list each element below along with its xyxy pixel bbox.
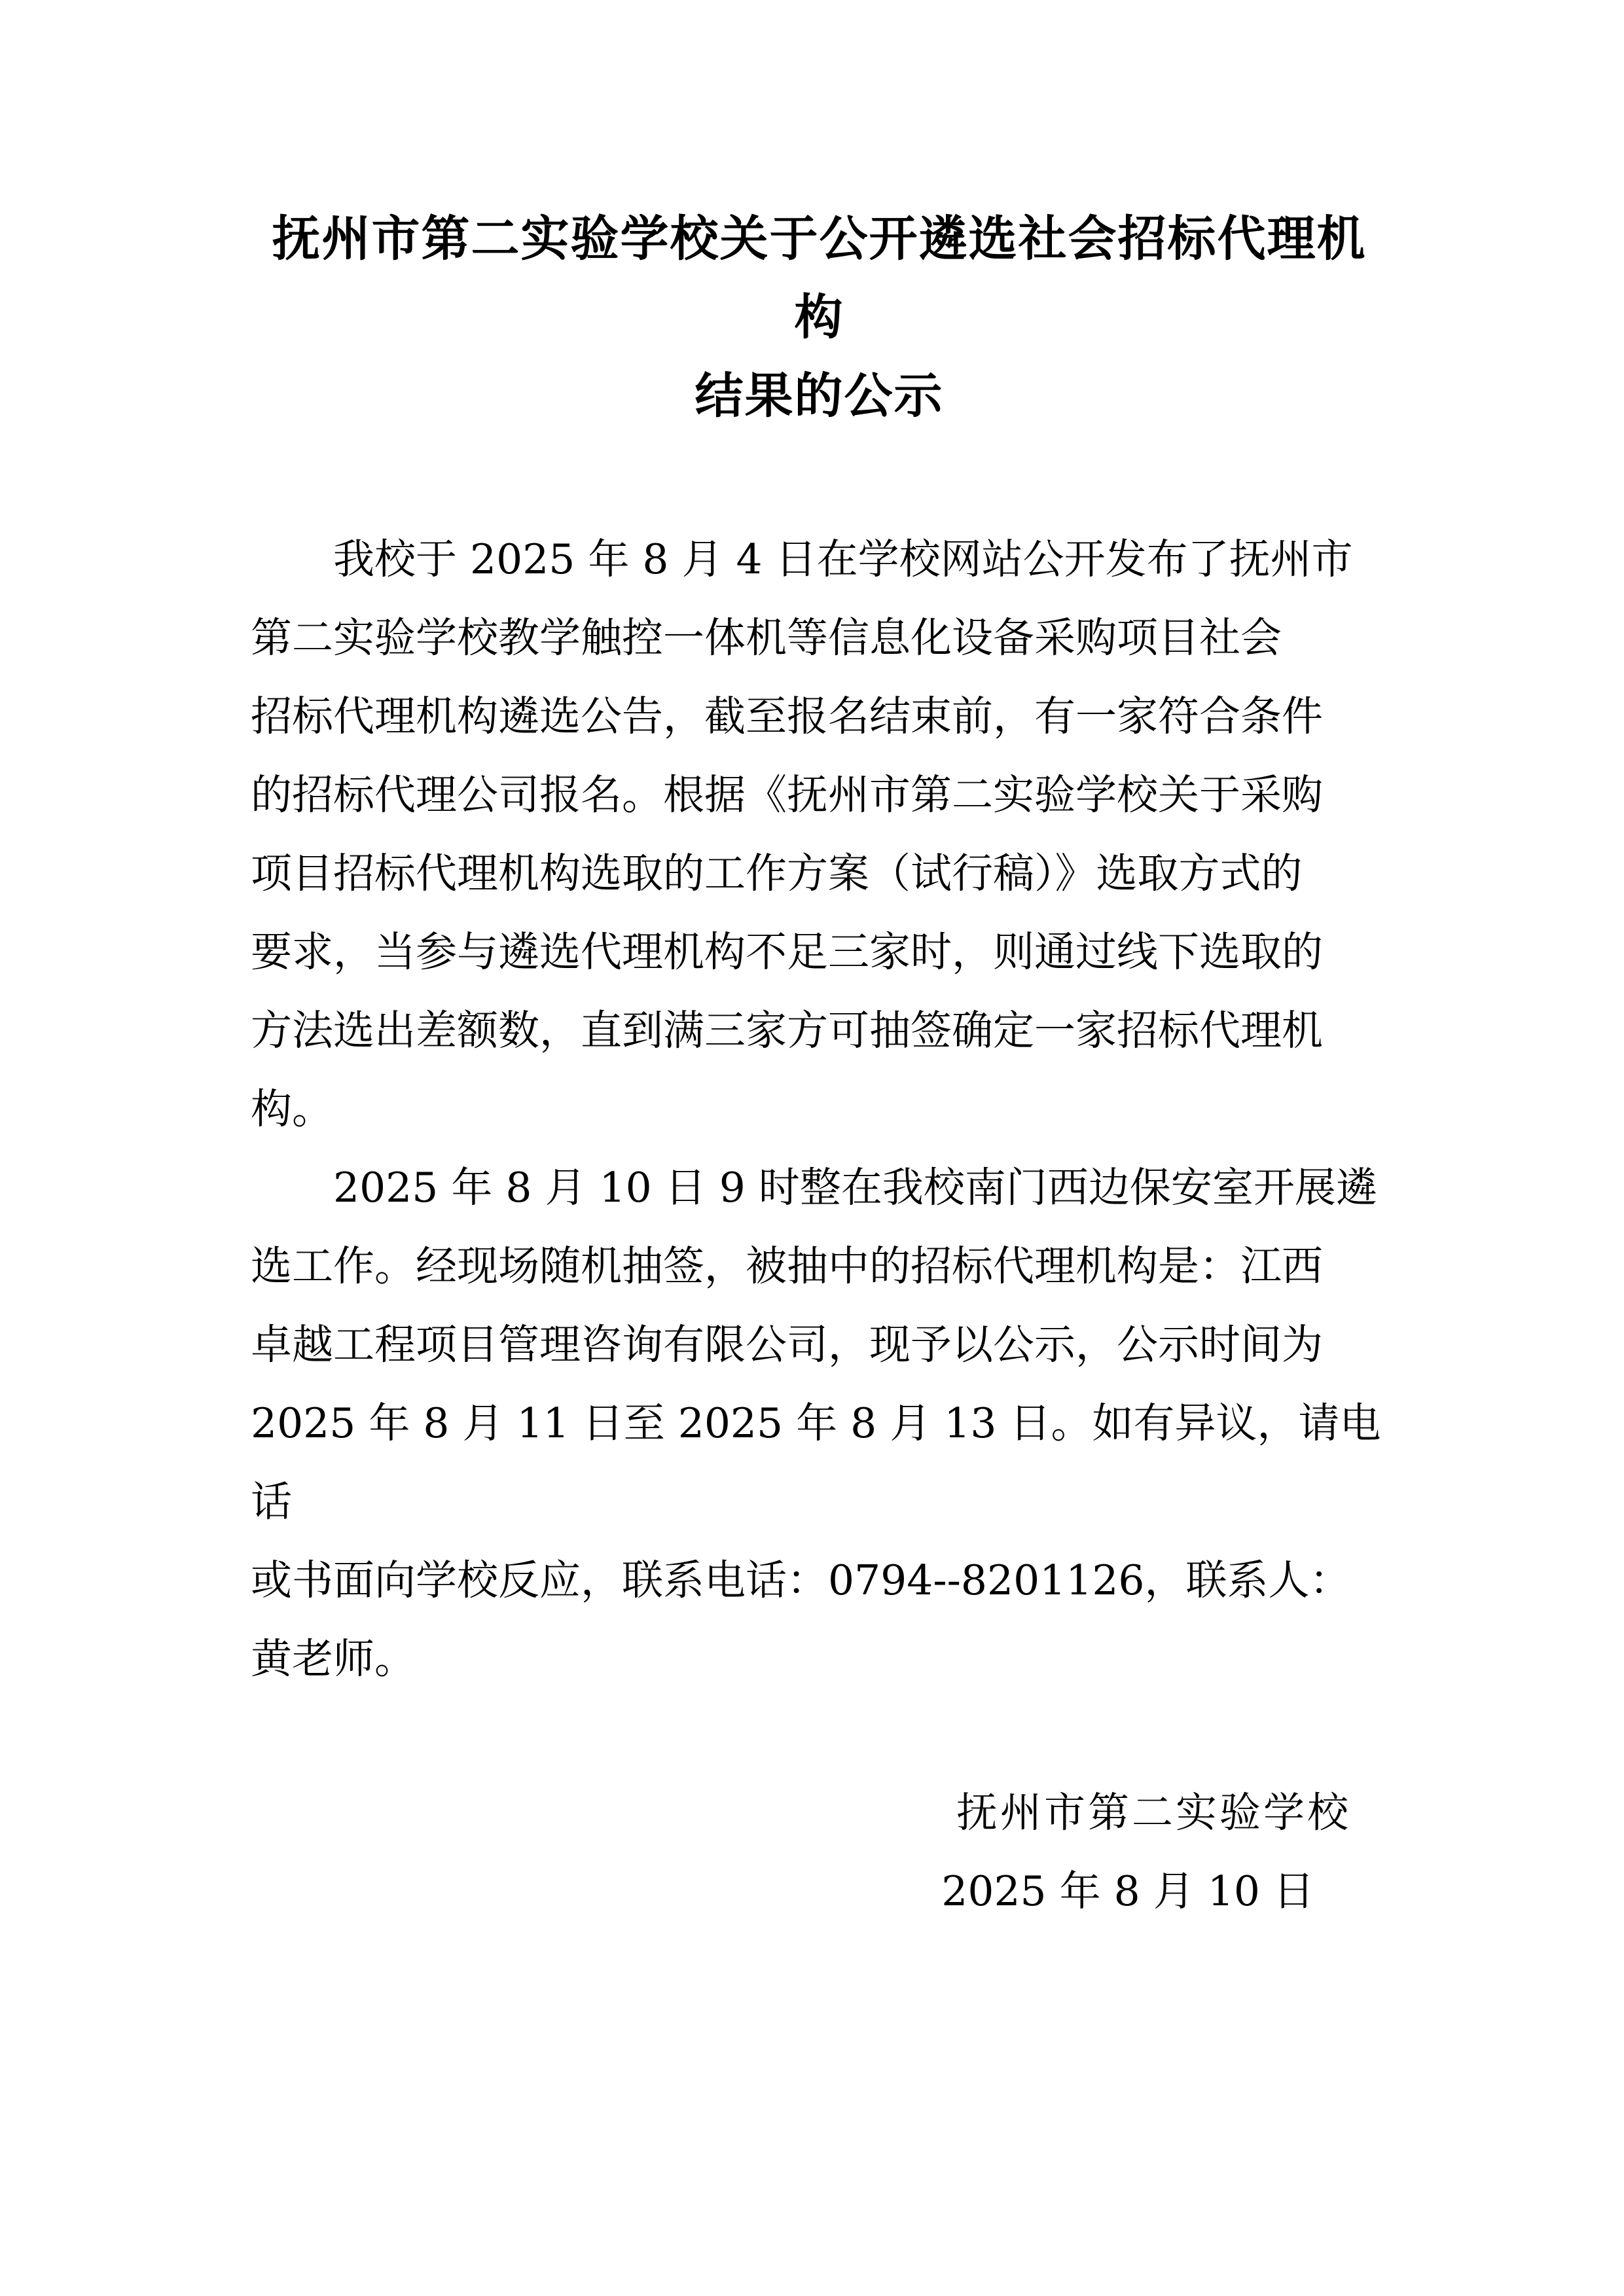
document-page: 抚州市第二实验学校关于公开遴选社会招标代理机构 结果的公示 我校于 2025 年…	[0, 0, 1624, 2296]
signature-block: 抚州市第二实验学校 2025 年 8 月 10 日	[251, 1774, 1388, 1931]
signature-organization: 抚州市第二实验学校	[251, 1774, 1388, 1852]
document-title: 抚州市第二实验学校关于公开遴选社会招标代理机构 结果的公示	[251, 200, 1388, 435]
paragraph-selection-process: 我校于 2025 年 8 月 4 日在学校网站公开发布了抚州市 第二实验学校教学…	[251, 520, 1388, 1149]
document-content: 抚州市第二实验学校关于公开遴选社会招标代理机构 结果的公示 我校于 2025 年…	[251, 200, 1388, 1931]
paragraph-result-announcement: 2025 年 8 月 10 日 9 时整在我校南门西边保安室开展遴 选工作。经现…	[251, 1149, 1388, 1698]
signature-date: 2025 年 8 月 10 日	[251, 1852, 1388, 1931]
